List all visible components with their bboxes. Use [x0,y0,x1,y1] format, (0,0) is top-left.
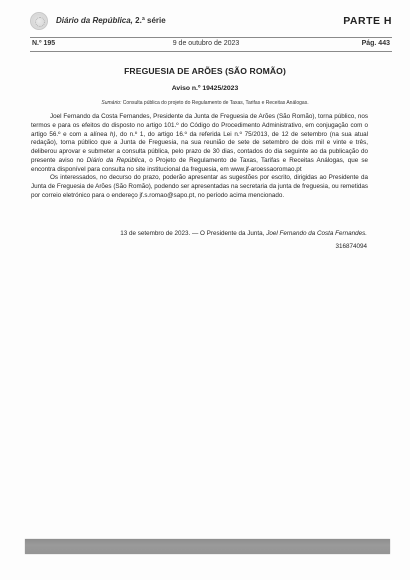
header-top-rule [30,37,392,38]
journal-series: 2.ª série [135,16,166,25]
entity-title: FREGUESIA DE ARÕES (SÃO ROMÃO) [0,66,410,76]
journal-title: Diário da República, 2.ª série [56,16,166,25]
page-number: Pág. 443 [362,40,390,47]
paragraph-2: Os interessados, no decurso do prazo, po… [31,174,368,200]
header-bottom-rule [30,51,392,52]
paragraph-1-italic-b: Diário da República [87,157,145,164]
republic-coat-of-arms-icon [30,12,48,30]
part-label: PARTE H [343,15,392,27]
footer-bar [25,539,390,554]
journal-name: Diário da República, [56,16,133,25]
summary-label: Sumário: [101,100,121,106]
notice-body: Joel Fernando da Costa Fernandes, Presid… [31,113,368,201]
signature-line: 13 de setembro de 2023. — O Presidente d… [120,230,367,237]
paragraph-1: Joel Fernando da Costa Fernandes, Presid… [31,113,368,174]
signatory-name: Joel Fernando da Costa Fernandes. [266,230,367,237]
issue-info-row: N.º 195 9 de outubro de 2023 Pág. 443 [30,40,392,50]
notice-number: Aviso n.º 19425/2023 [0,85,410,92]
signature-date-role: 13 de setembro de 2023. — O Presidente d… [120,230,266,237]
masthead: Diário da República, 2.ª série PARTE H [30,12,392,34]
issue-date: 9 de outubro de 2023 [20,40,392,47]
document-id: 316874094 [335,243,367,250]
document-page: Diário da República, 2.ª série PARTE H N… [0,0,410,580]
notice-summary: Sumário: Consulta pública do projeto do … [0,100,410,106]
summary-text: Consulta pública do projeto do Regulamen… [121,100,308,106]
signature-block: 13 de setembro de 2023. — O Presidente d… [31,230,367,239]
